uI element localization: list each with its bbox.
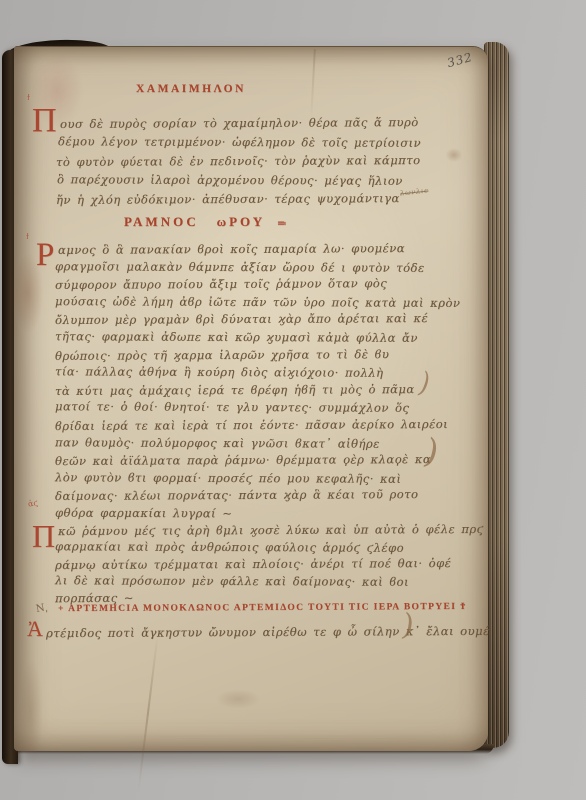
text-line: αμνος ὃ ἃ πανακίαν ϐροὶ κοῖς παμαρία λω·…: [58, 241, 405, 257]
text-line: ματοί τε· ὁ θοί· θνητοί· τε γλυ γαντες· …: [55, 399, 409, 415]
pen-flourish: ): [421, 434, 442, 470]
pen-flourish: ): [416, 368, 434, 398]
photo-background: 332 ΧΑΜΑΙΜΗΛΟΝ ϯ Π ουσ δὲ πυρὸς σορίαν τ…: [0, 0, 586, 800]
text-line: δαίμονας· κλέωι πορνάτας· πάντα ϗὰρ ἃ κέ…: [55, 487, 419, 503]
stain: [14, 637, 48, 787]
text-line: παν θαυμὸς· πολύμορφος καὶ γνῶσι ϐκατ᾽ α…: [55, 435, 380, 450]
text-line: ϐρίδαι ἱερά τε καὶ ἱερὰ τί ποι ἑόντε· πᾶ…: [55, 417, 448, 433]
text-line: δέμου λέγον τετριμμένον· ὠφέλημον δὲ τοῖ…: [58, 134, 421, 150]
stain: [442, 145, 466, 165]
text-line: ουσ δὲ πυρὸς σορίαν τὸ χαμαίμηλον· θέρα …: [60, 115, 419, 131]
heading-word: ΡΑΜΝΟϹ: [124, 214, 199, 229]
text-line: ράμνῳ αὐτίκω τρέμμαται καὶ πλοίοις· ἀνέρ…: [55, 556, 451, 572]
text-line: κῶ ῥάμνου μέϛ τις ἀρὴ ϐμλι ϗοσὲ λύκω καὶ…: [58, 522, 484, 538]
text-line: τῆτας· φαρμακὶ ἀδωπε καὶ κῶρ ϗυμασὶ κἀμὰ…: [55, 329, 418, 345]
chapter-heading-chamaimelon: ΧΑΜΑΙΜΗΛΟΝ: [136, 83, 246, 95]
parchment-crease: [137, 633, 158, 792]
text-line: ρτέμιδος ποτὶ ἄγκηστυν ὤνυμον αἱρέθω τε …: [46, 624, 490, 640]
text-line: λι δὲ καὶ πρόσωπον μὲν φάλλε καὶ δαίμονα…: [55, 573, 409, 589]
heading-end-mark: ≕: [277, 218, 286, 228]
text-line: τὰ κύτι μας ἀμάχαις ἱερά τε ϐρέφη ἡϐῆ τι…: [55, 382, 415, 398]
text-line: ἥν ἡ χλόη εὐδόκιμον· ἀπέθυσαν· τέρας ψυχ…: [56, 191, 400, 207]
text-line: θεῶν καὶ ἀϊάλματα παρὰ ῥάμνω· θρέμματα ϙ…: [55, 452, 431, 468]
text-line: φαρμακίαι καὶ πρὸς ἀνθρώποις φαύλοις ἁρμ…: [55, 539, 404, 555]
stain: [206, 685, 270, 713]
parchment-crease: [310, 49, 315, 119]
marginal-mark: ἀϛ: [27, 498, 38, 508]
manuscript-page: 332 ΧΑΜΑΙΜΗΛΟΝ ϯ Π ουσ δὲ πυρὸς σορίαν τ…: [14, 46, 488, 751]
drop-cap-initial: Π: [32, 104, 57, 138]
marginal-mark: ϯ: [27, 93, 30, 102]
text-line: λὸν φυτὸν ϐτι φορμαί· προσέϛ πέο μου κεφ…: [55, 470, 401, 486]
drop-cap-initial: Ρ: [36, 239, 54, 272]
text-line: μούσαις ὠδὲ λήμη ἀϐρ ἰῶτε πᾶν τῶν ὑρο πο…: [55, 294, 460, 310]
text-line: ὄλυμπον μὲρ γραμὰν ϐρὶ δύναται ϗὰρ ἄπο ἀ…: [55, 311, 428, 327]
folio-number: 332: [446, 50, 475, 70]
marginal-scribble: λωνλιϵ: [400, 187, 429, 198]
text-line: ὃ παρέχουσιν ἱλαροὶ ἀρχομένου θέρους· μέ…: [57, 172, 403, 188]
chapter-heading-rhamnos: ΡΑΜΝΟϹωΡΟΥ≕: [124, 214, 286, 230]
marginal-mark: ϯ: [26, 232, 29, 241]
text-line: σύμφορον ἄπυρο ποίου ἄξιμ τοῖς ῥάμνον ὅτ…: [55, 276, 387, 292]
text-line: φραγμοῖσι μαλακὰν θάμνπε ἀξίαν ὥρου δέ ι…: [55, 259, 425, 275]
heading-word: ωΡΟΥ: [217, 214, 266, 229]
marginal-mark: Ν͵: [35, 602, 48, 615]
drop-cap-initial: Π: [32, 520, 55, 552]
text-line: θρώποις· πρὸς τῆ ϗαρμα ἱλαρῶν χρῆσα το τ…: [55, 347, 389, 363]
text-line: τὸ φυτὸν φύεται δὲ ἐν πεδινοῖς· τὸν ῥαχὺ…: [56, 153, 421, 169]
text-line: φθόρα φαρμακίαι λυγραί ~: [55, 506, 232, 521]
text-line: τία· πάλλας ἀθήνα ἣ κούρη διὸς αἰϗιόχοιο…: [55, 364, 383, 379]
drop-cap-initial: Ἀ: [27, 618, 43, 640]
